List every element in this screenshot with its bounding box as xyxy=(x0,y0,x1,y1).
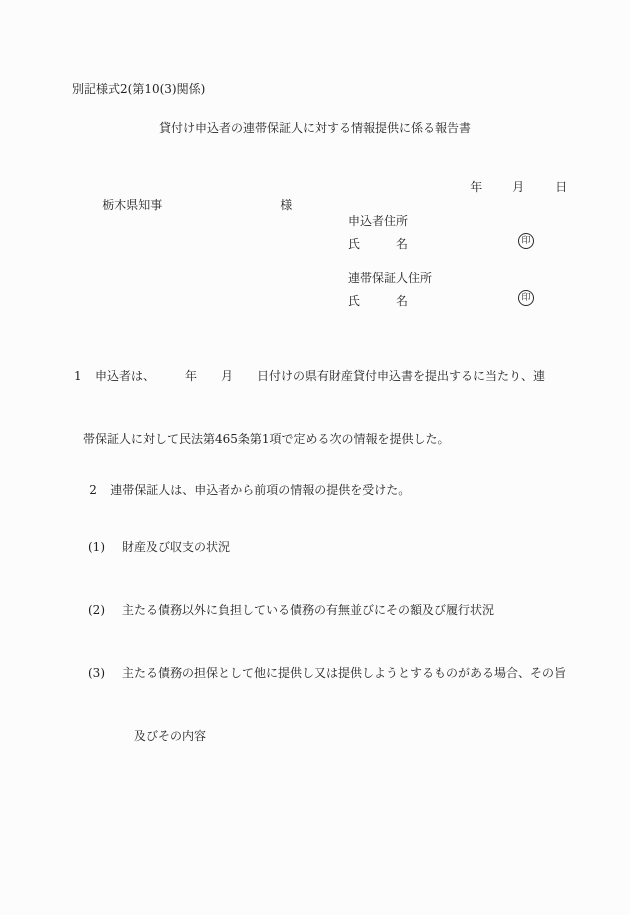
clause-2: 2連帯保証人は、申込者から前項の情報の提供を受けた。 xyxy=(74,459,410,522)
date-day-label: 日 xyxy=(555,180,567,194)
subitem-2-number: (2) xyxy=(88,600,122,621)
date-year-label: 年 xyxy=(470,180,482,194)
clause-1: 1申込者は、 年 月 日付けの県有財産貸付申込書を提出するに当たり、連 帯保証人… xyxy=(74,324,566,831)
subitem-3: (3)主たる債務の担保として他に提供し又は提供しようとするものがある場合、その旨 xyxy=(88,663,566,684)
form-id: 別記様式2(第10(3)関係) xyxy=(72,79,205,100)
document-title: 貸付け申込者の連帯保証人に対する情報提供に係る報告書 xyxy=(0,118,630,139)
clause-1-number: 1 xyxy=(74,366,95,387)
subitem-1: (1)財産及び収支の状況 xyxy=(88,537,566,558)
applicant-name-label: 氏 名 xyxy=(348,234,408,255)
guarantor-seal-icon: 印 xyxy=(518,290,534,306)
subitem-2: (2)主たる債務以外に負担している債務の有無並びにその額及び履行状況 xyxy=(88,600,566,621)
addressee-line: 栃木県知事様 xyxy=(87,174,292,237)
addressee-honorific: 様 xyxy=(280,198,292,212)
seal-character: 印 xyxy=(521,237,530,246)
subitem-3-number: (3) xyxy=(88,663,122,684)
clause-1-line-1: 1申込者は、 年 月 日付けの県有財産貸付申込書を提出するに当たり、連 xyxy=(74,366,566,387)
clause-1-text-1: 申込者は、 年 月 日付けの県有財産貸付申込書を提出するに当たり、連 xyxy=(95,369,545,383)
subitem-3-text: 主たる債務の担保として他に提供し又は提供しようとするものがある場合、その旨 xyxy=(122,666,566,680)
guarantor-address-label: 連帯保証人住所 xyxy=(348,268,432,289)
subitem-2-text: 主たる債務以外に負担している債務の有無並びにその額及び履行状況 xyxy=(122,603,494,617)
guarantor-name-label: 氏 名 xyxy=(348,291,408,312)
addressee-name: 栃木県知事 xyxy=(102,198,162,212)
document-page: 別記様式2(第10(3)関係) 貸付け申込者の連帯保証人に対する情報提供に係る報… xyxy=(0,0,630,915)
clause-1-subitems: (1)財産及び収支の状況 (2)主たる債務以外に負担している債務の有無並びにその… xyxy=(88,495,566,789)
clause-1-line-2: 帯保証人に対して民法第465条第1項で定める次の情報を提供した。 xyxy=(83,429,566,450)
date-month-label: 月 xyxy=(512,180,524,194)
subitem-3-text-continued: 及びその内容 xyxy=(134,726,566,747)
applicant-address-label: 申込者住所 xyxy=(348,211,408,232)
clause-2-text: 連帯保証人は、申込者から前項の情報の提供を受けた。 xyxy=(110,483,410,497)
date-line: 年月日 xyxy=(455,156,567,219)
subitem-1-text: 財産及び収支の状況 xyxy=(122,540,230,554)
subitem-1-number: (1) xyxy=(88,537,122,558)
applicant-seal-icon: 印 xyxy=(518,233,534,249)
seal-character: 印 xyxy=(521,294,530,303)
clause-2-number: 2 xyxy=(89,480,110,501)
